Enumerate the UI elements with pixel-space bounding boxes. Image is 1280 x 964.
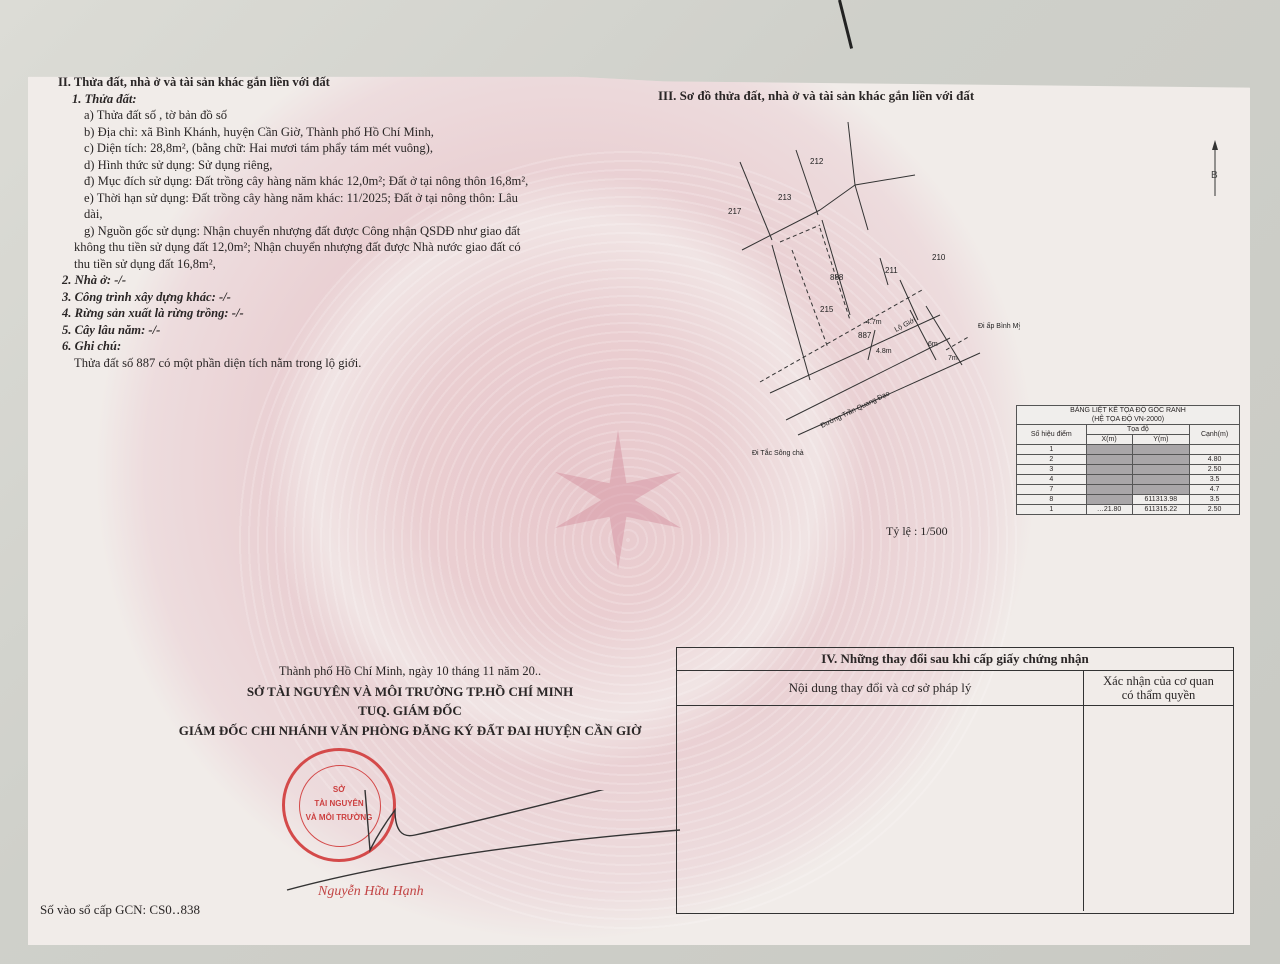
land-heading: 1. Thửa đất: bbox=[58, 91, 528, 108]
coord-cell-pt: 1 bbox=[1017, 445, 1087, 455]
coord-cell-edge: 3.5 bbox=[1190, 475, 1240, 485]
item-other-construction: 3. Công trình xây dựng khác: -/- bbox=[58, 289, 528, 306]
coord-cell-edge: 4.7 bbox=[1190, 485, 1240, 495]
coord-cell-edge: 4.80 bbox=[1190, 455, 1240, 465]
coordinate-table: BẢNG LIỆT KÊ TỌA ĐỘ GÓC RANH(HỆ TỌA ĐỘ V… bbox=[1016, 405, 1240, 515]
coord-cell-y: 611313.98 bbox=[1132, 495, 1190, 505]
land-line-d: d) Hình thức sử dụng: Sử dụng riêng, bbox=[58, 157, 528, 174]
signer-role: GIÁM ĐỐC CHI NHÁNH VĂN PHÒNG ĐĂNG KÝ ĐẤT… bbox=[130, 721, 690, 741]
section-3-title: III. Sơ đồ thửa đất, nhà ở và tài sản kh… bbox=[658, 88, 974, 104]
land-line-a: a) Thửa đất số , tờ bản đồ số bbox=[58, 107, 528, 124]
parcel-label-213: 213 bbox=[778, 193, 792, 202]
coord-cell-x bbox=[1086, 455, 1132, 465]
coord-row: 24.80 bbox=[1017, 455, 1240, 465]
coord-cell-pt: 2 bbox=[1017, 455, 1087, 465]
land-line-dd: đ) Mục đích sử dụng: Đất trồng cây hàng … bbox=[58, 173, 528, 190]
coord-cell-x bbox=[1086, 445, 1132, 455]
confirm-line-1: Xác nhận của cơ quan bbox=[1084, 674, 1233, 688]
coord-cell-edge: 3.5 bbox=[1190, 495, 1240, 505]
item-perennial: 5. Cây lâu năm: -/- bbox=[58, 322, 528, 339]
changes-table: IV. Những thay đổi sau khi cấp giấy chứn… bbox=[676, 647, 1234, 914]
dim-6m: 6m bbox=[928, 341, 938, 348]
land-line-e-cont: dài, bbox=[58, 206, 528, 223]
coord-cell-pt: 1 bbox=[1017, 505, 1087, 515]
confirm-line-2: có thẩm quyền bbox=[1084, 688, 1233, 702]
map-scale: Tỷ lệ : 1/500 bbox=[886, 524, 948, 539]
col-change-content: Nội dung thay đổi và cơ sở pháp lý bbox=[677, 671, 1084, 705]
direction-binh-my: Đi ấp Bình Mỹ bbox=[978, 321, 1020, 330]
coord-table-title: BẢNG LIỆT KÊ TỌA ĐỘ GÓC RANH(HỆ TỌA ĐỘ V… bbox=[1017, 406, 1240, 425]
coord-cell-y bbox=[1132, 465, 1190, 475]
col-x: X(m) bbox=[1086, 435, 1132, 445]
coord-cell-y bbox=[1132, 455, 1190, 465]
col-edge: Cạnh(m) bbox=[1190, 425, 1240, 445]
land-line-g-cont1: không thu tiền sử dụng đất 12,0m²; Nhận … bbox=[58, 239, 528, 256]
coord-cell-pt: 8 bbox=[1017, 495, 1087, 505]
change-content-cell bbox=[677, 706, 1084, 911]
col-authority-confirmation: Xác nhận của cơ quan có thẩm quyền bbox=[1084, 671, 1233, 705]
item-forest: 4. Rừng sản xuất là rừng trồng: -/- bbox=[58, 305, 528, 322]
section-2-land-info: II. Thửa đất, nhà ở và tài sản khác gắn … bbox=[58, 74, 528, 371]
gcn-registry-number: Số vào sổ cấp GCN: CS0‥838 bbox=[40, 902, 200, 918]
coord-cell-x: …21.80 bbox=[1086, 505, 1132, 515]
land-line-b: b) Địa chỉ: xã Bình Khánh, huyện Cần Giờ… bbox=[58, 124, 528, 141]
parcel-label-211: 211 bbox=[885, 266, 898, 275]
coord-cell-x bbox=[1086, 485, 1132, 495]
coord-cell-edge: 2.50 bbox=[1190, 505, 1240, 515]
parcel-label-887: 887 bbox=[858, 331, 872, 340]
col-y: Y(m) bbox=[1132, 435, 1190, 445]
north-arrow-icon: B bbox=[1205, 140, 1225, 200]
road-label: Đường Trần Quang Đạo bbox=[819, 388, 891, 429]
section-2-title: II. Thửa đất, nhà ở và tài sản khác gắn … bbox=[58, 74, 528, 91]
parcel-label-215: 215 bbox=[820, 305, 834, 314]
col-point: Số hiệu điểm bbox=[1017, 425, 1087, 445]
col-coord: Tọa độ bbox=[1086, 425, 1189, 435]
place-date: Thành phố Hồ Chí Minh, ngày 10 tháng 11 … bbox=[130, 662, 690, 682]
item-house: 2. Nhà ở: -/- bbox=[58, 272, 528, 289]
parcel-label-210: 210 bbox=[932, 253, 946, 262]
coord-cell-y bbox=[1132, 445, 1190, 455]
coord-row: 74.7 bbox=[1017, 485, 1240, 495]
item-notes-heading: 6. Ghi chú: bbox=[58, 338, 528, 355]
coord-row: 8611313.983.5 bbox=[1017, 495, 1240, 505]
section-4-title: IV. Những thay đổi sau khi cấp giấy chứn… bbox=[677, 648, 1233, 671]
land-line-c: c) Diện tích: 28,8m², (bằng chữ: Hai mươ… bbox=[58, 140, 528, 157]
signature-block: Thành phố Hồ Chí Minh, ngày 10 tháng 11 … bbox=[130, 662, 690, 740]
coord-cell-x bbox=[1086, 465, 1132, 475]
dim-4-8m: 4.8m bbox=[876, 348, 892, 355]
parcel-label-212: 212 bbox=[810, 157, 824, 166]
note-text: Thửa đất số 887 có một phần diện tích nằ… bbox=[58, 355, 528, 372]
compass-label: B bbox=[1211, 170, 1218, 181]
parcel-label-888: 888 bbox=[830, 273, 844, 282]
land-line-g-cont2: thu tiền sử dụng đất 16,8m², bbox=[58, 256, 528, 273]
coord-row: 43.5 bbox=[1017, 475, 1240, 485]
dim-7m: 7m bbox=[948, 355, 958, 362]
coord-cell-edge bbox=[1190, 445, 1240, 455]
coord-cell-x bbox=[1086, 475, 1132, 485]
coord-cell-x bbox=[1086, 495, 1132, 505]
watermark-star-icon bbox=[548, 430, 688, 570]
coord-row: 1…21.80611315.222.50 bbox=[1017, 505, 1240, 515]
coord-cell-edge: 2.50 bbox=[1190, 465, 1240, 475]
parcel-label-217: 217 bbox=[728, 207, 742, 216]
coord-cell-y bbox=[1132, 475, 1190, 485]
coord-cell-pt: 7 bbox=[1017, 485, 1087, 495]
coord-cell-pt: 4 bbox=[1017, 475, 1087, 485]
background-crack bbox=[838, 0, 853, 49]
coord-row: 1 bbox=[1017, 445, 1240, 455]
parcel-diagram: 212 213 217 888 211 210 215 887 4.7m 4.8… bbox=[700, 110, 1020, 470]
coord-row: 32.50 bbox=[1017, 465, 1240, 475]
coord-cell-pt: 3 bbox=[1017, 465, 1087, 475]
direction-tac-song-cha: Đi Tắc Sông chà bbox=[752, 448, 804, 457]
land-line-e: e) Thời hạn sử dụng: Đất trồng cây hàng … bbox=[58, 190, 528, 207]
dim-4-7m: 4.7m bbox=[866, 319, 882, 326]
land-line-g: g) Nguồn gốc sử dụng: Nhận chuyển nhượng… bbox=[58, 223, 528, 240]
on-behalf-of: TUQ. GIÁM ĐỐC bbox=[130, 701, 690, 721]
coord-cell-y bbox=[1132, 485, 1190, 495]
issuing-department: SỞ TÀI NGUYÊN VÀ MÔI TRƯỜNG TP.HỒ CHÍ MI… bbox=[130, 682, 690, 702]
coord-cell-y: 611315.22 bbox=[1132, 505, 1190, 515]
signer-name: Nguyễn Hữu Hạnh bbox=[318, 884, 424, 900]
